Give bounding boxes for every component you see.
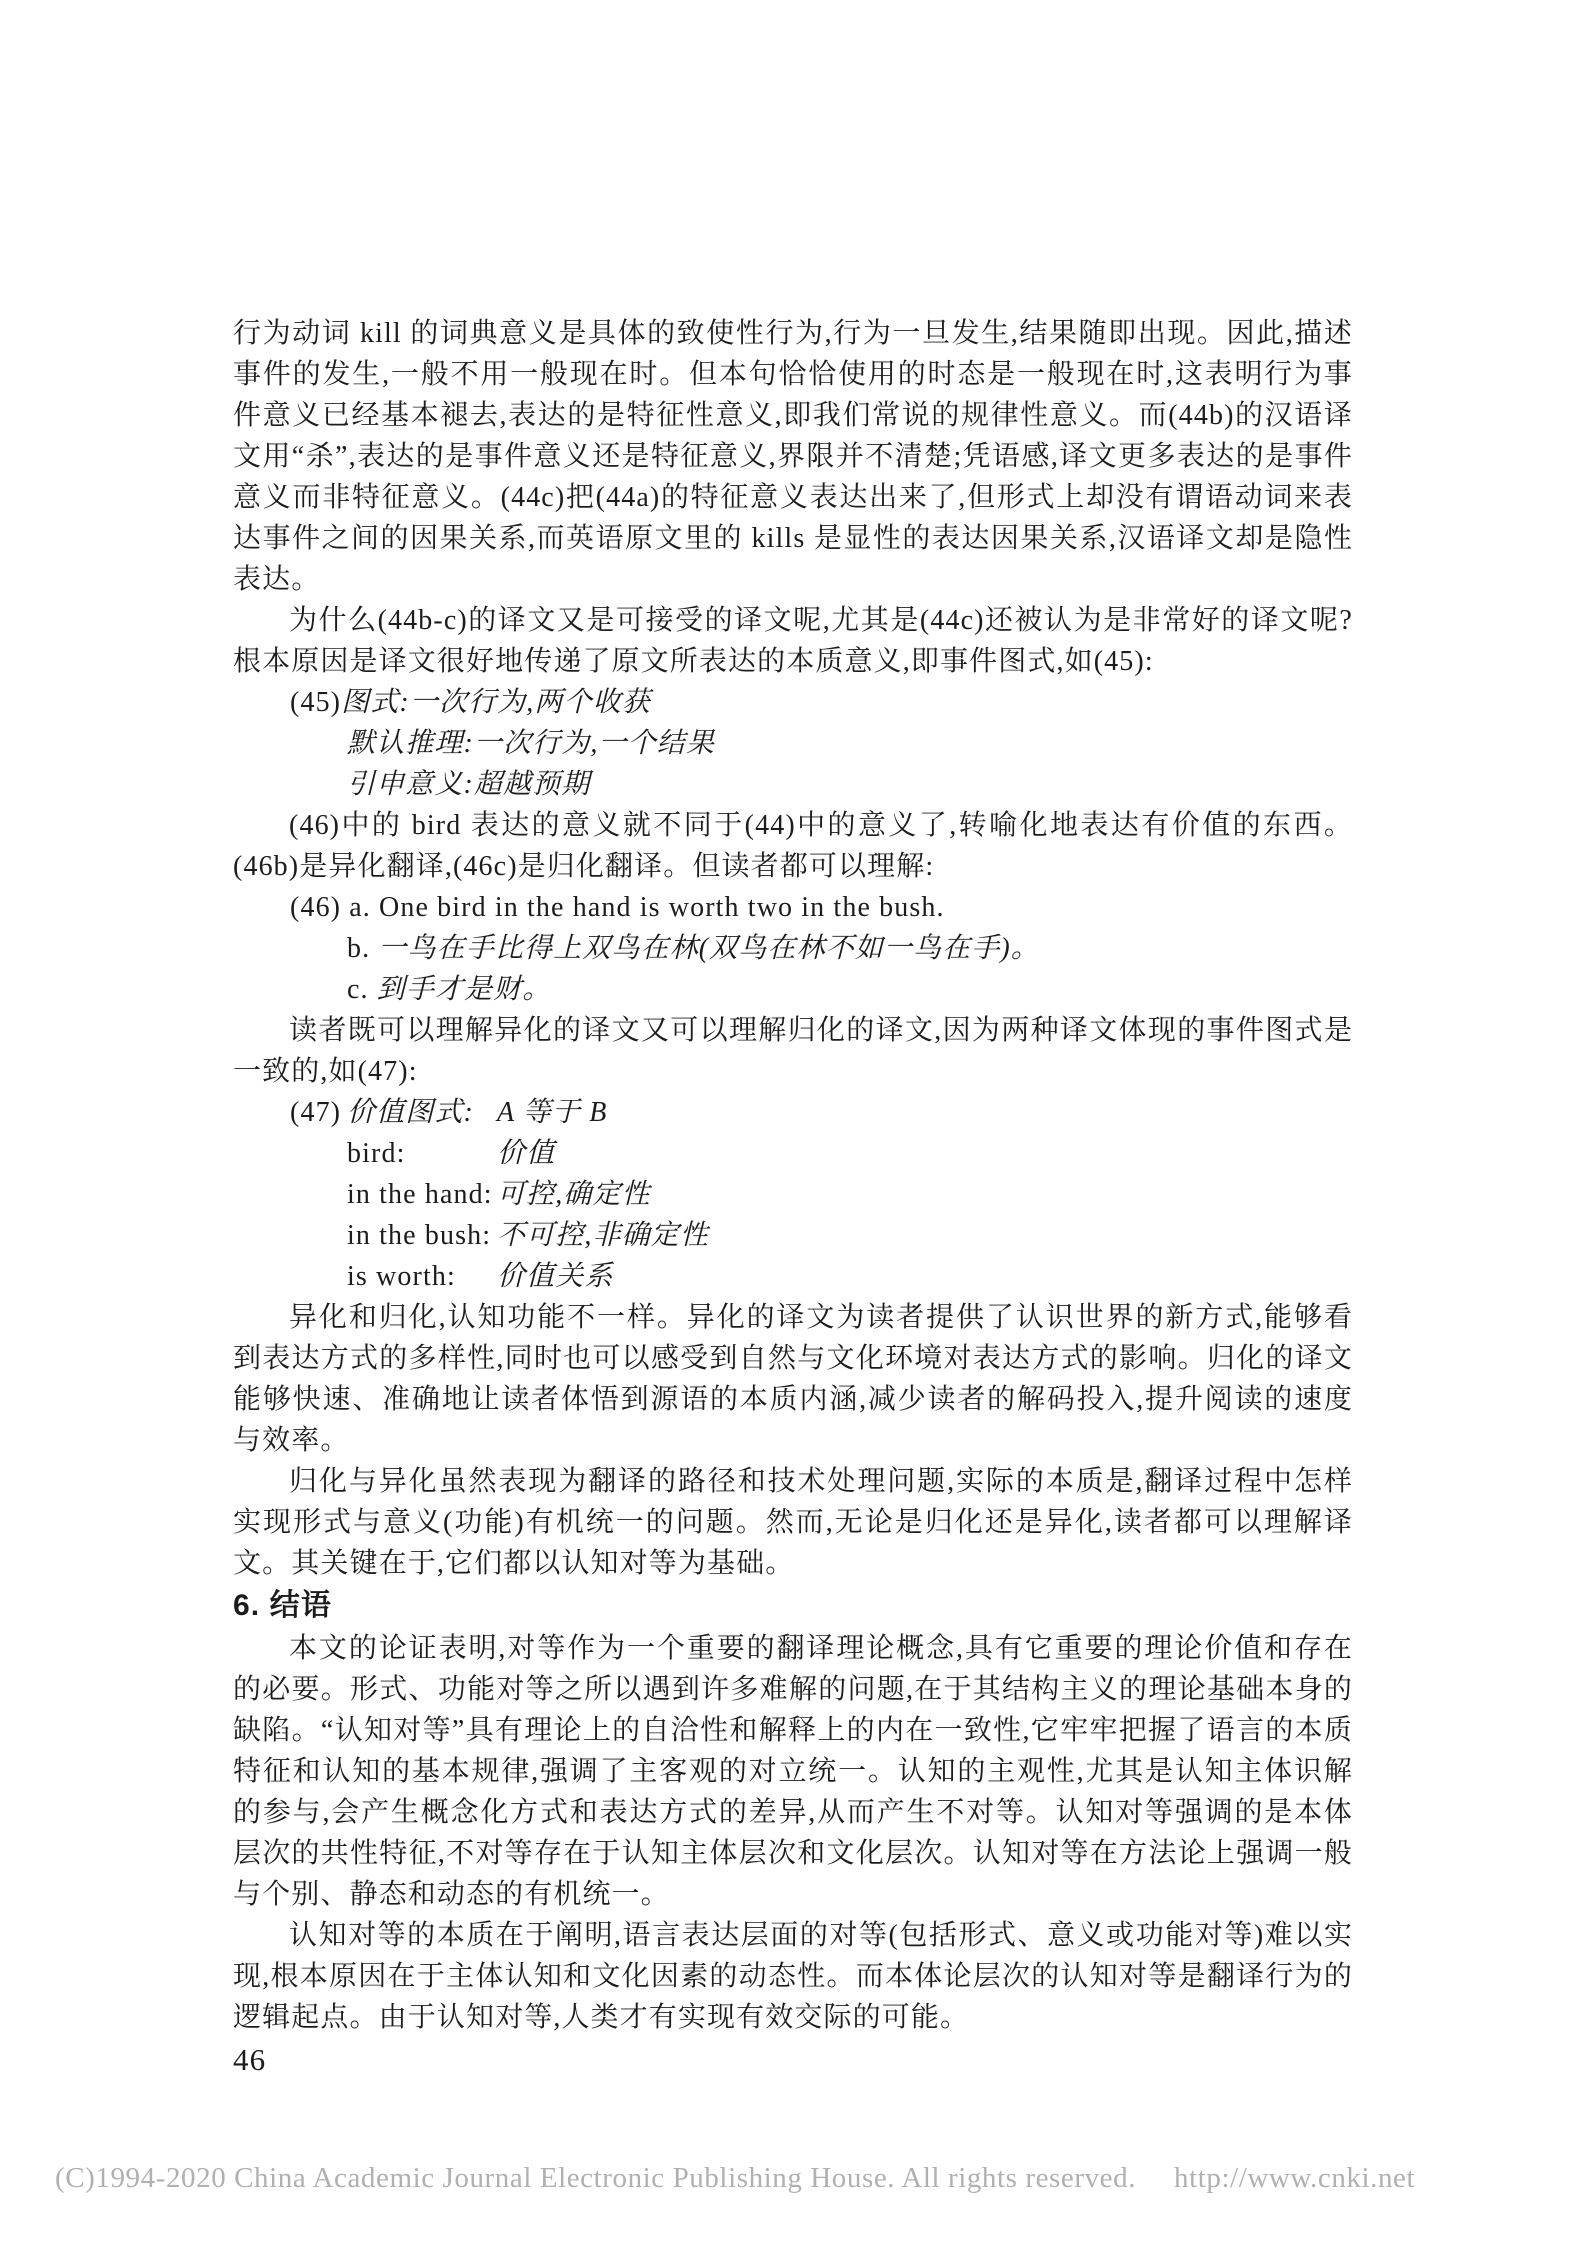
example-46-line-a: (46) a. One bird in the hand is worth tw… (233, 887, 1353, 928)
footer-url: http://www.cnki.net (1174, 2162, 1415, 2194)
example-47-row-4: in the bush:不可控,非确定性 (233, 1215, 1353, 1256)
page-number: 46 (233, 2038, 1353, 2082)
example-47-value-1-text: A 等于 B (497, 1097, 607, 1128)
example-47-row-3: in the hand:可控,确定性 (233, 1174, 1353, 1215)
example-45-line-3: 引申意义:超越预期 (233, 764, 1353, 805)
example-45-line-2: 默认推理:一次行为,一个结果 (233, 723, 1353, 764)
section-heading-conclusion: 6. 结语 (233, 1584, 1353, 1628)
example-46-b-text: 一鸟在手比得上双鸟在林(双鸟在林不如一鸟在手)。 (378, 933, 1040, 964)
footer-copyright: (C)1994-2020 China Academic Journal Elec… (55, 2162, 1136, 2194)
paragraph-6: 归化与异化虽然表现为翻译的路径和技术处理问题,实际的本质是,翻译过程中怎样实现形… (233, 1461, 1353, 1584)
cnki-footer: (C)1994-2020 China Academic Journal Elec… (55, 2160, 1535, 2196)
example-47-label-3: in the hand: (347, 1174, 497, 1215)
paragraph-5: 异化和归化,认知功能不一样。异化的译文为读者提供了认识世界的新方式,能够看到表达… (233, 1297, 1353, 1461)
example-47-number: (47) (290, 1092, 347, 1133)
example-46-c-marker: c. (347, 974, 377, 1005)
example-47-row-5: is worth:价值关系 (233, 1256, 1353, 1297)
example-47-value-3: 可控,确定性 (497, 1174, 651, 1215)
example-47-value-2: 价值 (497, 1133, 555, 1174)
paragraph-3: (46)中的 bird 表达的意义就不同于(44)中的意义了,转喻化地表达有价值… (233, 805, 1353, 887)
example-47-value-1: A 等于 B (497, 1092, 607, 1133)
example-47-row-1: (47) 价值图式:A 等于 B (233, 1092, 1353, 1133)
example-46-line-b: b. 一鸟在手比得上双鸟在林(双鸟在林不如一鸟在手)。 (233, 928, 1353, 969)
paragraph-2: 为什么(44b-c)的译文又是可接受的译文呢,尤其是(44c)还被认为是非常好的… (233, 600, 1353, 682)
body-text: 行为动词 kill 的词典意义是具体的致使性行为,行为一旦发生,结果随即出现。因… (233, 313, 1353, 2082)
example-47-value-4: 不可控,非确定性 (497, 1215, 709, 1256)
example-47-label-4: in the bush: (347, 1215, 497, 1256)
example-46-c-text: 到手才是财。 (377, 974, 552, 1005)
example-46-line-c: c. 到手才是财。 (233, 969, 1353, 1010)
example-45-number: (45) (290, 682, 341, 723)
example-47-row-2: bird:价值 (233, 1133, 1353, 1174)
example-45-text-1: 图式:一次行为,两个收获 (341, 687, 651, 718)
example-46-b-marker: b. (347, 933, 378, 964)
example-45-line-1: (45) 图式:一次行为,两个收获 (233, 682, 1353, 723)
example-47-label-2: bird: (347, 1133, 497, 1174)
paragraph-4: 读者既可以理解异化的译文又可以理解归化的译文,因为两种译文体现的事件图式是一致的… (233, 1010, 1353, 1092)
example-47-label-1: 价值图式: (347, 1092, 497, 1133)
example-47-value-5: 价值关系 (497, 1256, 613, 1297)
paragraph-1: 行为动词 kill 的词典意义是具体的致使性行为,行为一旦发生,结果随即出现。因… (233, 313, 1353, 600)
scanned-journal-page: 行为动词 kill 的词典意义是具体的致使性行为,行为一旦发生,结果随即出现。因… (0, 0, 1587, 2245)
paragraph-8: 认知对等的本质在于阐明,语言表达层面的对等(包括形式、意义或功能对等)难以实现,… (233, 1915, 1353, 2038)
example-47-label-5: is worth: (347, 1256, 497, 1297)
paragraph-7: 本文的论证表明,对等作为一个重要的翻译理论概念,具有它重要的理论价值和存在的必要… (233, 1628, 1353, 1915)
